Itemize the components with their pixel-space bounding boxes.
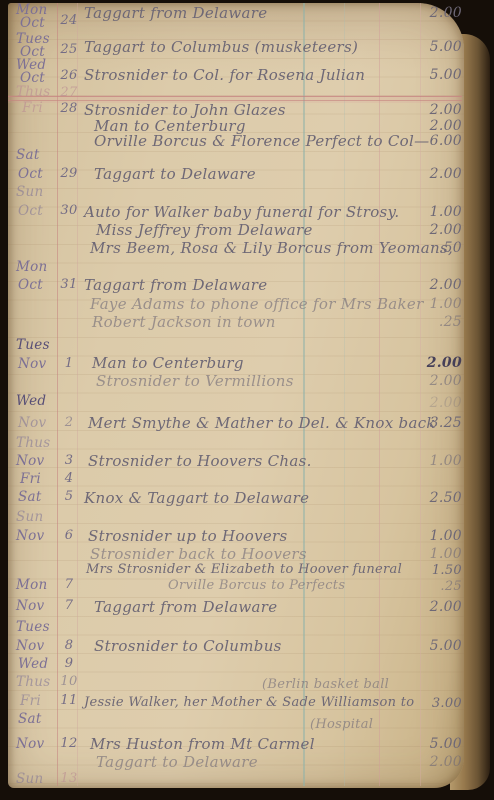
entry-amount: .25 (398, 314, 462, 330)
date-number: 26 (57, 68, 81, 83)
date-number: 2 (57, 415, 81, 430)
date-number: 6 (57, 528, 81, 543)
margin-day-label: Fri (20, 471, 41, 487)
entry-text: Strosnider back to Hoovers (90, 545, 307, 563)
margin-day-label: Fri (20, 693, 41, 709)
margin-day-label: Sat (18, 711, 42, 727)
entry-amount: 5.00 (398, 67, 462, 83)
margin-day-label: Mon (16, 577, 48, 593)
entry-amount: 2.00 (398, 355, 462, 371)
date-number: 31 (57, 277, 81, 292)
margin-day-label: Nov (16, 598, 44, 614)
entry-text: Knox & Taggart to Delaware (84, 489, 309, 507)
entry-amount: 1.00 (398, 546, 462, 562)
entry-amount: 2.00 (398, 395, 462, 411)
entry-text: Faye Adams to phone office for Mrs Baker (90, 295, 424, 313)
margin-day-label: Thus (16, 435, 51, 451)
entry-amount: 2.00 (398, 102, 462, 118)
entry-amount: 6.00 (398, 133, 462, 149)
entry-text: Auto for Walker baby funeral for Strosy. (84, 203, 399, 221)
entry-text: Taggart from Delaware (84, 276, 267, 294)
margin-day-label: Wed (16, 393, 46, 409)
entry-amount: .25 (398, 579, 462, 594)
date-number: 3 (57, 453, 81, 468)
entry-text: Orville Borcus to Perfects (168, 578, 345, 593)
margin-day-label: Nov (18, 356, 46, 372)
margin-day-label: Oct (18, 166, 43, 182)
entry-amount: 2.00 (398, 222, 462, 238)
entry-amount: 2.00 (398, 277, 462, 293)
entry-text: Taggart to Delaware (94, 165, 256, 183)
entry-text: Strosnider up to Hoovers (88, 527, 288, 545)
margin-day-label: Mon (16, 259, 48, 275)
entry-amount: 5.00 (398, 39, 462, 55)
entry-text: Strosnider to Columbus (94, 637, 282, 655)
entry-text: (Hospital (310, 717, 373, 732)
margin-day-label: Sun (16, 184, 44, 200)
entry-amount: 2.00 (398, 166, 462, 182)
entry-text: Orville Borcus & Florence Perfect to Col… (94, 132, 429, 150)
margin-day-label: Tues (16, 619, 50, 635)
margin-day-label: Nov (16, 736, 44, 752)
entry-amount: 2.50 (398, 490, 462, 506)
date-number: 8 (57, 638, 81, 653)
margin-day-label: Oct (18, 203, 43, 219)
date-number: 5 (57, 489, 81, 504)
entry-text: Miss Jeffrey from Delaware (96, 221, 313, 239)
ledger-page-photo: MonOctTuesOctWedOctThusFriSatOctSunOctMo… (0, 0, 494, 800)
entry-amount: 2.00 (398, 373, 462, 389)
margin-day-label: Sun (16, 509, 44, 525)
date-number: 7 (57, 577, 81, 592)
entry-text: Taggart from Delaware (84, 4, 267, 22)
entry-amount: 1.50 (398, 563, 462, 578)
entry-text: Mrs Strosnider & Elizabeth to Hoover fun… (86, 562, 402, 577)
margin-day-label: Wed (18, 656, 48, 672)
margin-day-label: Fri (22, 100, 43, 116)
date-number: 11 (57, 693, 81, 708)
date-number: 4 (57, 471, 81, 486)
date-number: 7 (57, 598, 81, 613)
entry-amount: 2.00 (398, 599, 462, 615)
margin-day-label: Sun (16, 771, 44, 787)
date-number: 13 (57, 771, 81, 786)
entry-text: Jessie Walker, her Mother & Sade William… (84, 695, 414, 710)
margin-day-label: Thus (16, 674, 51, 690)
margin-day-label: Sat (16, 147, 40, 163)
margin-day-label: Oct (20, 15, 45, 31)
entry-amount: 1.00 (398, 528, 462, 544)
entry-text: Mert Smythe & Mather to Del. & Knox back (88, 414, 436, 432)
date-number: 12 (57, 736, 81, 751)
margin-day-label: Thus (16, 84, 51, 100)
date-number: 10 (57, 674, 81, 689)
date-number: 9 (57, 656, 81, 671)
date-number: 30 (57, 203, 81, 218)
entry-amount: .50 (398, 240, 462, 256)
entry-text: Strosnider to Vermillions (96, 372, 294, 390)
entry-amount: 5.00 (398, 736, 462, 752)
margin-day-label: Sat (18, 489, 42, 505)
entry-text: Strosnider to Hoovers Chas. (88, 452, 312, 470)
margin-day-label: Nov (16, 453, 44, 469)
entry-text: Strosnider to Col. for Rosena Julian (84, 66, 365, 84)
entry-text: Man to Centerburg (92, 354, 244, 372)
entry-amount: 2.00 (398, 754, 462, 770)
date-number: 27 (57, 85, 81, 100)
margin-day-label: Nov (16, 638, 44, 654)
date-number: 28 (57, 101, 81, 116)
date-number: 1 (57, 356, 81, 371)
entry-amount: 1.00 (398, 453, 462, 469)
entry-text: Taggart from Delaware (94, 598, 277, 616)
entry-text: Taggart to Delaware (96, 753, 258, 771)
entry-amount: 3.00 (398, 696, 462, 711)
entry-amount: 3.25 (398, 415, 462, 431)
entry-amount: 2.00 (398, 5, 462, 21)
date-number: 25 (57, 42, 81, 57)
date-number: 29 (57, 166, 81, 181)
margin-day-label: Tues (16, 337, 50, 353)
entry-text: Taggart to Columbus (musketeers) (84, 38, 358, 56)
date-number: 24 (57, 13, 81, 28)
entry-amount: 1.00 (398, 204, 462, 220)
entry-text: (Berlin basket ball (262, 677, 389, 692)
entry-amount: 5.00 (398, 638, 462, 654)
entry-text: Robert Jackson in town (92, 313, 276, 331)
entry-amount: 1.00 (398, 296, 462, 312)
entry-text: Mrs Huston from Mt Carmel (90, 735, 315, 753)
margin-day-label: Nov (18, 415, 46, 431)
margin-day-label: Oct (18, 277, 43, 293)
margin-day-label: Nov (16, 528, 44, 544)
